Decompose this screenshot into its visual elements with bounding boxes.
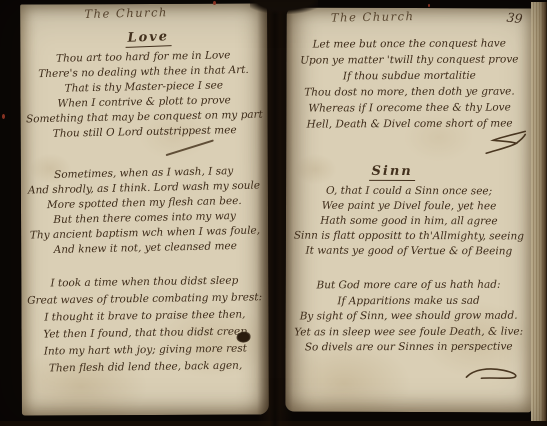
poem-line: Hath some good in him, all agree: [286, 214, 532, 230]
stanza-sinn-1: O, that I could a Sinn once see;Wee pain…: [286, 184, 532, 260]
left-page-block-edge: [0, 3, 22, 421]
poem-line: It wants ye good of Vertue & of Beeing: [286, 244, 532, 260]
poem-line: Wee paint ye Divel foule, yet hee: [286, 199, 532, 215]
poem-title-sinn: Sinn: [322, 164, 462, 179]
right-page-block-edge: [531, 2, 547, 421]
ink-blot: [237, 332, 251, 343]
running-header: The Church: [56, 5, 196, 22]
manuscript-photo: The Church Love Thou art too hard for me…: [0, 0, 547, 426]
stanza-love-4: Let mee but once the conquest haveUpon y…: [286, 35, 532, 132]
red-speck: [428, 4, 430, 7]
poem-line: If thou subdue mortalitie: [286, 67, 532, 84]
poem-line: By sight of Sinn, wee should grow madd.: [286, 309, 532, 325]
poem-line: Let mee but once the conquest have: [286, 35, 532, 52]
red-speck: [213, 1, 216, 5]
running-header: The Church: [303, 9, 443, 25]
poem-title-love: Love: [78, 27, 218, 47]
poem-line: If Apparitions make us sad: [286, 293, 532, 309]
pen-flourish-icon: [482, 128, 528, 156]
stanza-love-2: Sometimes, when as I wash, I sayAnd shro…: [20, 163, 269, 258]
poem-title-love-text: Love: [125, 29, 171, 48]
right-page: The Church 39 Let mee but once the conqu…: [285, 8, 532, 413]
poem-line: Whereas if I orecome thee & thy Love: [287, 99, 533, 116]
poem-line: But God more care of us hath had:: [285, 278, 531, 294]
pen-flourish-icon: [463, 364, 521, 384]
left-page: The Church Love Thou art too hard for me…: [20, 3, 269, 415]
poem-line: Then flesh did lend thee, back agen,: [22, 357, 269, 378]
poem-line: Upon ye matter 'twill thy conquest prove: [286, 51, 532, 68]
poem-line: Sinn is flatt oppositt to th'Allmighty, …: [286, 229, 532, 245]
poem-title-sinn-text: Sinn: [369, 164, 414, 181]
stanza-sinn-2: But God more care of us hath had:If Appa…: [285, 278, 531, 356]
stanza-love-3: I took a time when thou didst sleepGreat…: [21, 272, 269, 378]
stanza-love-1: Thou art too hard for me in LoveThere's …: [20, 48, 269, 143]
poem-line: Yet as in sleep wee see foule Death, & l…: [286, 324, 532, 340]
poem-line: O, that I could a Sinn once see;: [286, 184, 532, 200]
red-speck: [2, 114, 5, 119]
poem-line: Thou dost no more, then doth ye grave.: [286, 83, 532, 100]
page-number: 39: [506, 10, 523, 27]
pen-stroke: [166, 139, 214, 156]
poem-line: So divels are our Sinnes in perspective: [286, 340, 532, 356]
